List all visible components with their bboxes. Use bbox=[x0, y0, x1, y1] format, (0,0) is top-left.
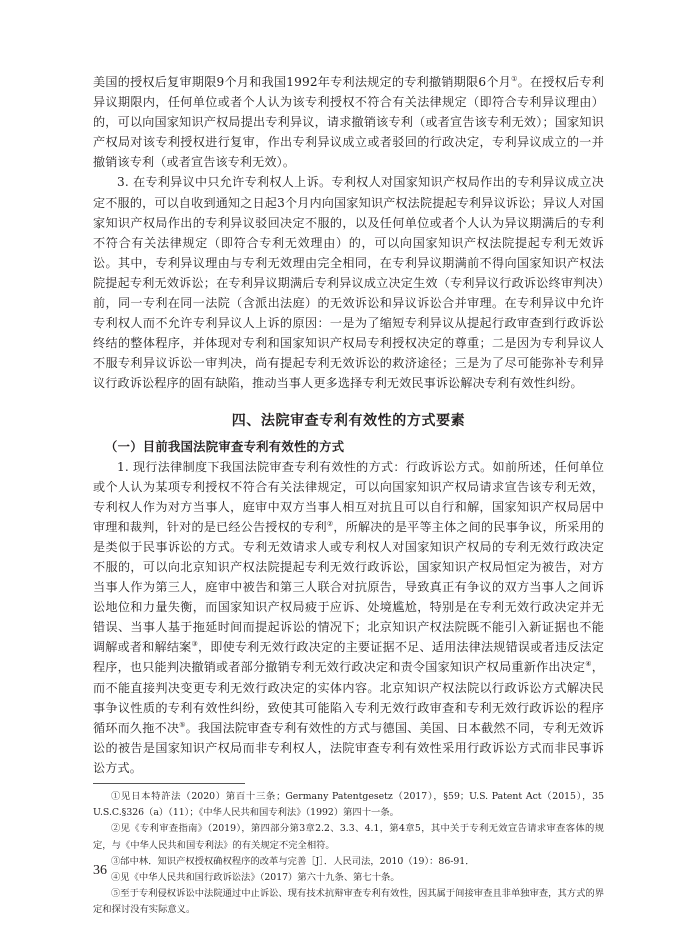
paragraph-text: 。在授权后专利异议期限内，任何单位或者个人认为该专利授权不符合有关法律规定（即符… bbox=[93, 75, 604, 169]
page-number: 36 bbox=[93, 863, 107, 879]
section-heading: 四、法院审查专利有效性的方式要素 bbox=[93, 410, 604, 432]
footnote-4: ④见《中华人民共和国行政诉讼法》（2017）第六十九条、第七十条。 bbox=[93, 870, 604, 886]
paragraph-item-1: 1. 现行法律制度下我国法院审查专利有效性的方式：行政诉讼方式。如前所述，任何单… bbox=[93, 457, 604, 779]
footnotes: ①见日本特許法（2020）第百十三条；Germany Patentgesetz（… bbox=[93, 789, 604, 919]
footnote-2: ②见《专利审查指南》（2019），第四部分第3章2.2、3.3、4.1，第4章5… bbox=[93, 821, 604, 853]
paragraph-continuation: 美国的授权后复审期限9个月和我国1992年专利法规定的专利撤销期限6个月①。在授… bbox=[93, 72, 604, 172]
subsection-heading: （一）目前我国法院审查专利有效性的方式 bbox=[93, 437, 604, 457]
footnote-3: ③邰中林．知识产权授权确权程序的改革与完善［J］．人民司法，2010（19）：8… bbox=[93, 854, 604, 870]
footnote-divider bbox=[93, 783, 245, 784]
footnote-5: ⑤至于专利侵权诉讼中法院通过中止诉讼、现有技术抗辩审查专利有效性，因其属于间接审… bbox=[93, 886, 604, 918]
page-content: 美国的授权后复审期限9个月和我国1992年专利法规定的专利撤销期限6个月①。在授… bbox=[93, 72, 604, 919]
paragraph-text: 美国的授权后复审期限9个月和我国1992年专利法规定的专利撤销期限6个月 bbox=[93, 75, 511, 89]
paragraph-item-3: 3. 在专利异议中只允许专利权人上诉。专利权人对国家知识产权局作出的专利异议成立… bbox=[93, 172, 604, 393]
paragraph-text: ，所解决的是平等主体之间的民事争议，所采用的是类似于民事诉讼的方式。专利无效请求… bbox=[93, 520, 604, 655]
footnote-1: ①见日本特許法（2020）第百十三条；Germany Patentgesetz（… bbox=[93, 789, 604, 821]
